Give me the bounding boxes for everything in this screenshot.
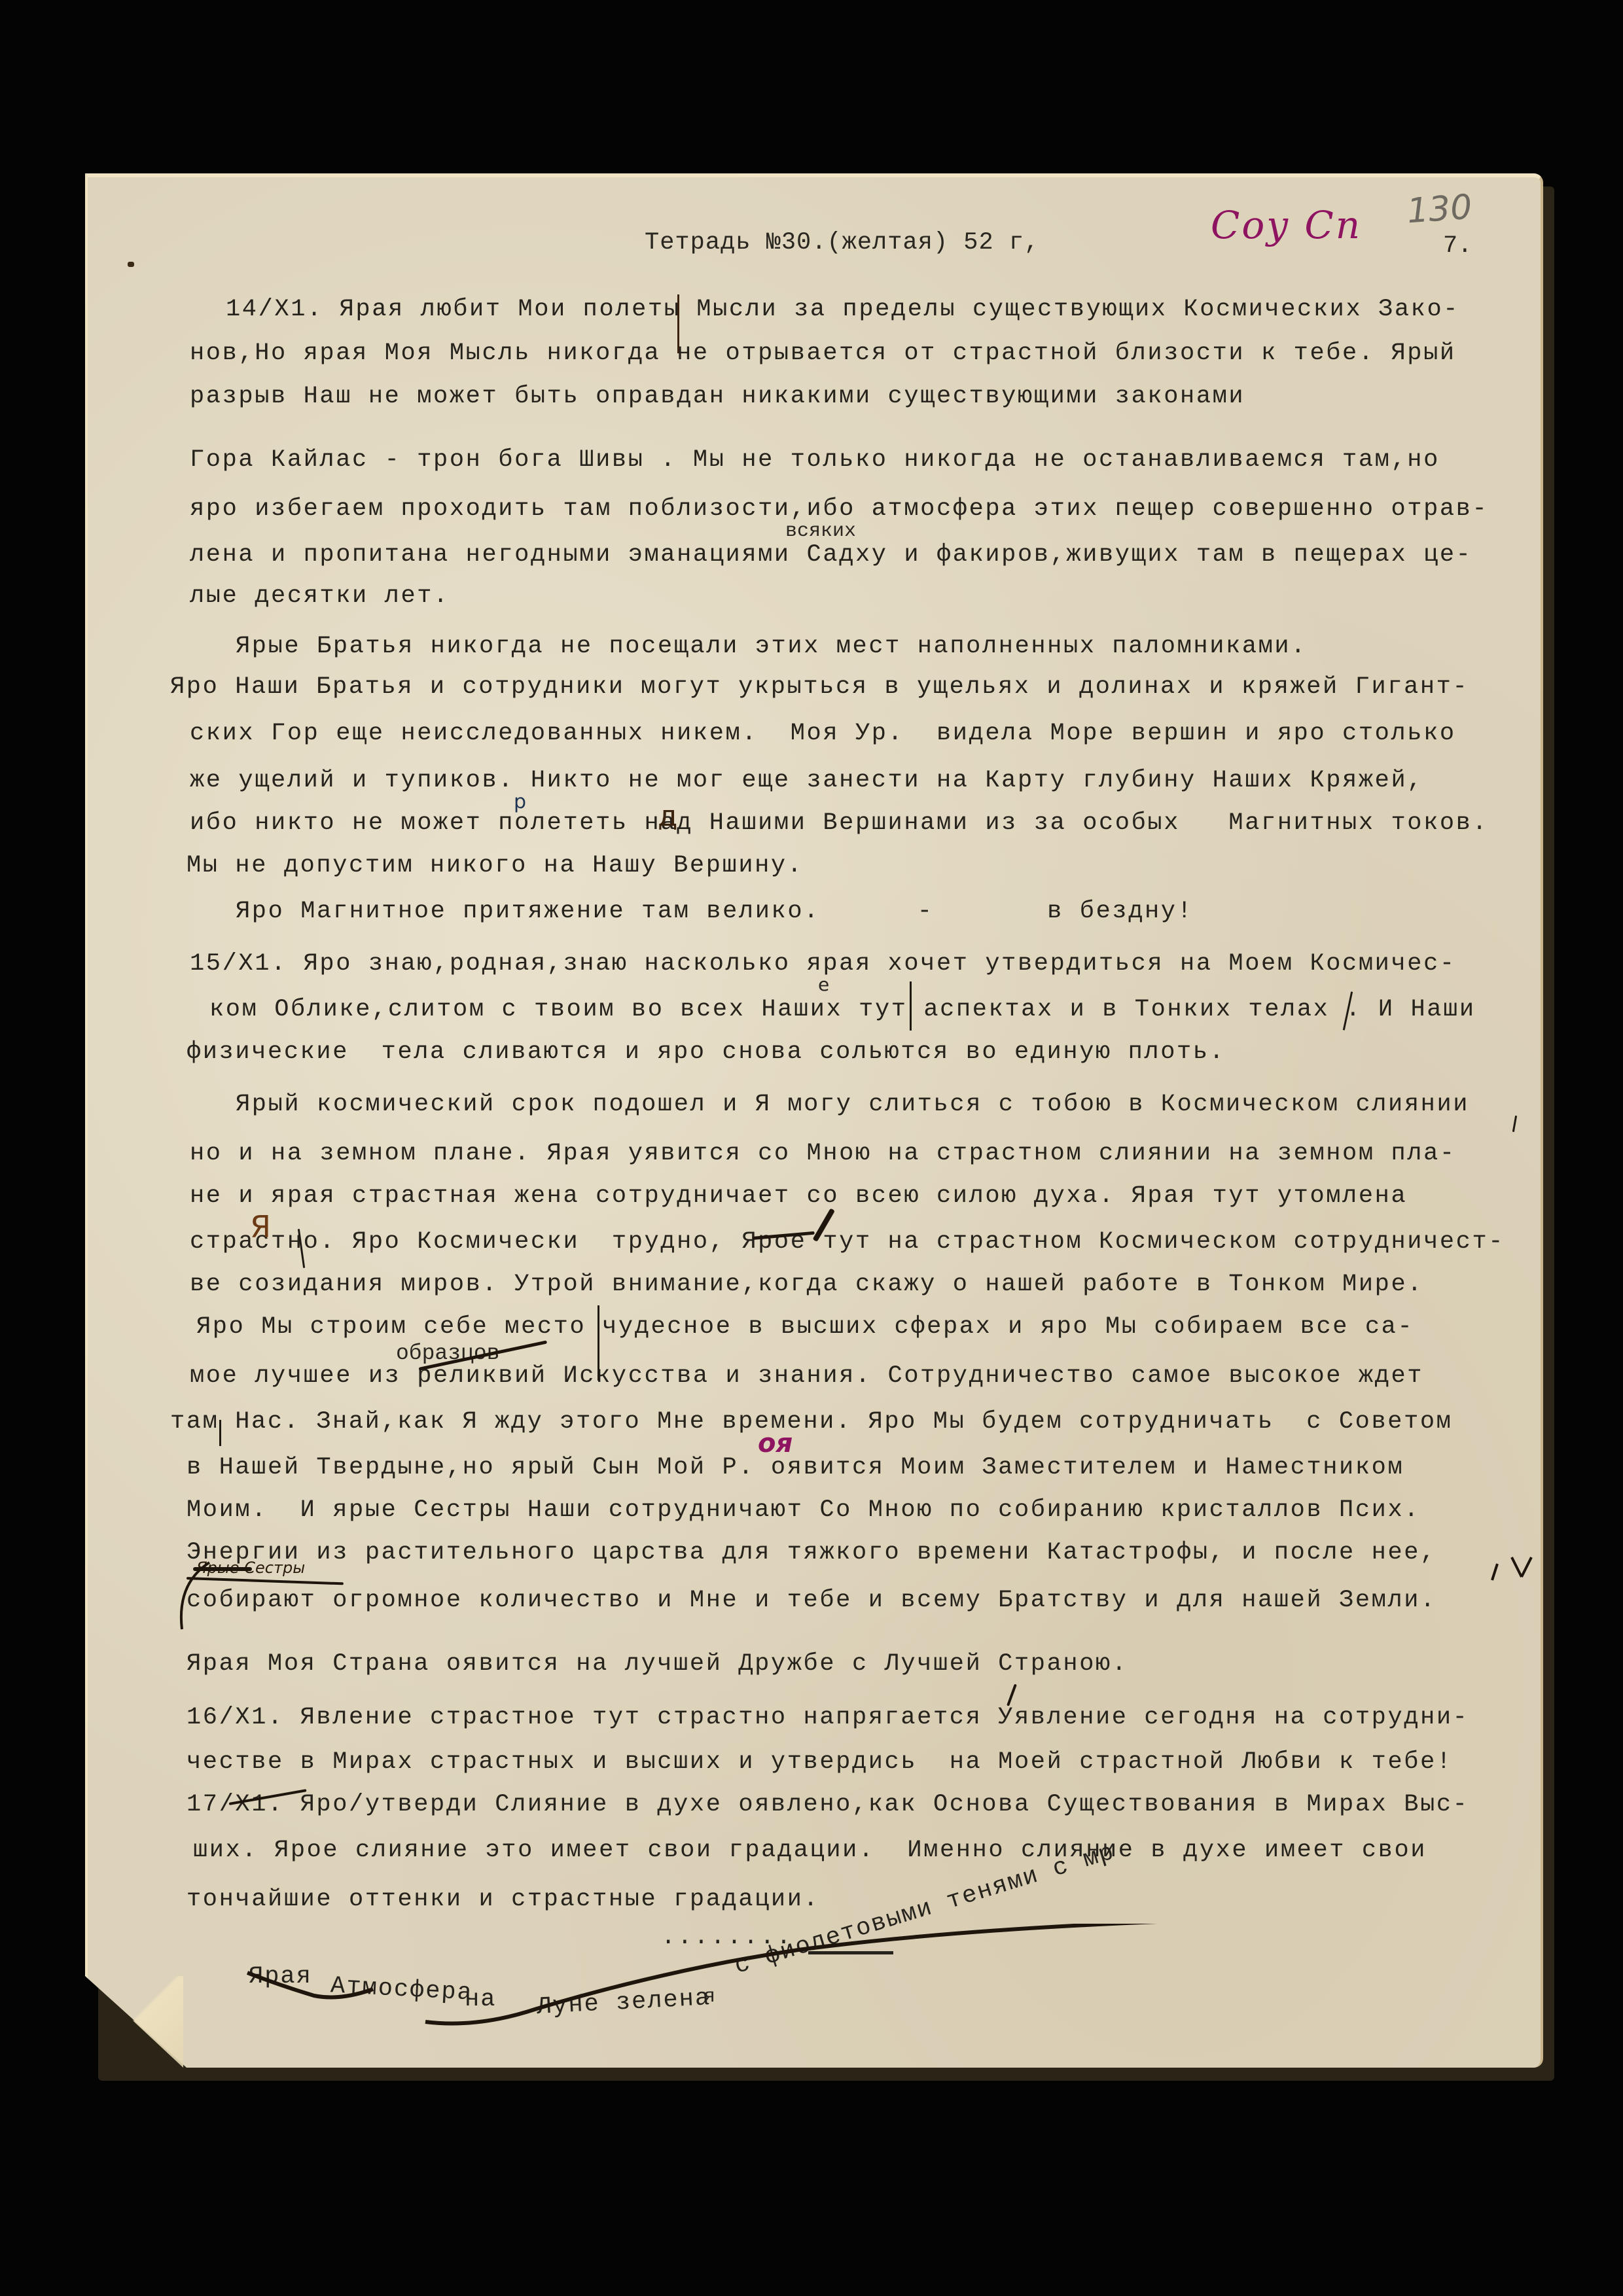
text-line: мое лучшее из реликвий Искусства и знани…	[190, 1364, 1423, 1388]
text-line: Яро Мы строим себе место чудесное в высш…	[196, 1315, 1414, 1339]
text-line: лые десятки лет.	[190, 584, 450, 609]
bottom-strikethrough-line	[242, 1924, 1355, 2035]
text-line: ком Облике,слитом с твоим во всех Наших …	[209, 998, 1476, 1022]
text-line: Моим. И ярые Сестры Наши сотрудничают Со…	[187, 1498, 1420, 1523]
text-line: же ущелий и тупиков. Никто не мог еще за…	[190, 769, 1423, 793]
page-number: 7.	[1443, 232, 1472, 260]
text-line: физические тела сливаются и яро снова со…	[187, 1040, 1225, 1065]
insert-mark	[910, 981, 912, 1031]
text-line: лена и пропитана негодными эманациями Са…	[190, 543, 1472, 567]
text-line: ших. Ярое слияние это имеет свои градаци…	[193, 1839, 1427, 1863]
text-line: честве в Мирах страстных и высших и утве…	[187, 1750, 1453, 1775]
text-line: ских Гор еще неисследованных никем. Моя …	[190, 722, 1456, 746]
handwritten-insert-ya: Я	[250, 1209, 271, 1245]
text-line: Яро Магнитное притяжение там велико. - в…	[236, 900, 1193, 924]
handwritten-purple-note: Соу Сп	[1211, 203, 1362, 247]
text-line: Ярая Моя Страна оявится на лучшей Дружбе…	[187, 1652, 1128, 1676]
interlinear-insert-vsyakikh: всяких	[785, 520, 856, 542]
text-line: там Нас. Знай,как Я жду этого Мне времен…	[170, 1410, 1453, 1434]
text-line: страстно. Яро Космически трудно, Ярое ту…	[190, 1230, 1505, 1254]
handwritten-insert-e: е	[818, 974, 829, 995]
ink-speck	[128, 262, 134, 267]
text-line: но и на земном плане. Ярая уявится со Мн…	[190, 1142, 1456, 1166]
text-line: Яро Наши Братья и сотрудники могут укрыт…	[170, 675, 1469, 699]
text-line: Ярые Братья никогда не посещали этих мес…	[236, 635, 1307, 659]
text-line: тончайшие оттенки и страстные градации.	[187, 1888, 819, 1912]
handwritten-insert-d: д	[658, 800, 677, 833]
text-line: яро избегаем проходить там поблизости,иб…	[190, 497, 1488, 521]
margin-correction-mark	[1486, 1544, 1538, 1597]
text-line: Ярый космический срок подошел и Я могу с…	[236, 1093, 1469, 1117]
text-line: собирают огромное количество и Мне и теб…	[187, 1589, 1436, 1613]
text-line: 17/Х1. Яро/утверди Слияние в духе оявлен…	[187, 1793, 1469, 1817]
purple-correction: оя	[758, 1428, 793, 1458]
insert-mark	[677, 294, 679, 353]
insert-mark	[219, 1420, 221, 1446]
text-line: Мы не допустим никого на Нашу Вершину.	[187, 854, 804, 878]
text-line: разрыв Наш не может быть оправдан никаки…	[190, 385, 1245, 409]
text-line: 14/Х1. Ярая любит Мои полеты Мысли за пр…	[226, 298, 1459, 322]
text-line: Энергии из растительного царства для тяж…	[187, 1541, 1436, 1565]
handwritten-insert-p: р	[514, 790, 526, 813]
text-line: ве созидания миров. Утрой внимание,когда…	[190, 1273, 1423, 1297]
margin-bracket	[170, 1557, 223, 1636]
text-line: нов,Но ярая Моя Мысль никогда не отрывае…	[190, 342, 1456, 366]
text-line: не и ярая страстная жена сотрудничает со…	[190, 1184, 1407, 1209]
insert-mark	[597, 1305, 599, 1381]
text-line: ибо никто не может полететь над Нашими В…	[190, 811, 1488, 836]
text-line: Гора Кайлас - трон бога Шивы . Мы не тол…	[190, 448, 1440, 472]
notebook-title: Тетрадь №30.(желтая) 52 г,	[645, 229, 1039, 256]
text-line: 15/Х1. Яро знаю,родная,знаю насколько яр…	[190, 952, 1456, 976]
archive-folio-number: 130	[1406, 188, 1473, 232]
text-line: в Нашей Твердыне,но ярый Сын Мой Р. ояви…	[187, 1456, 1404, 1480]
text-line: 16/Х1. Явление страстное тут страстно на…	[187, 1706, 1469, 1730]
